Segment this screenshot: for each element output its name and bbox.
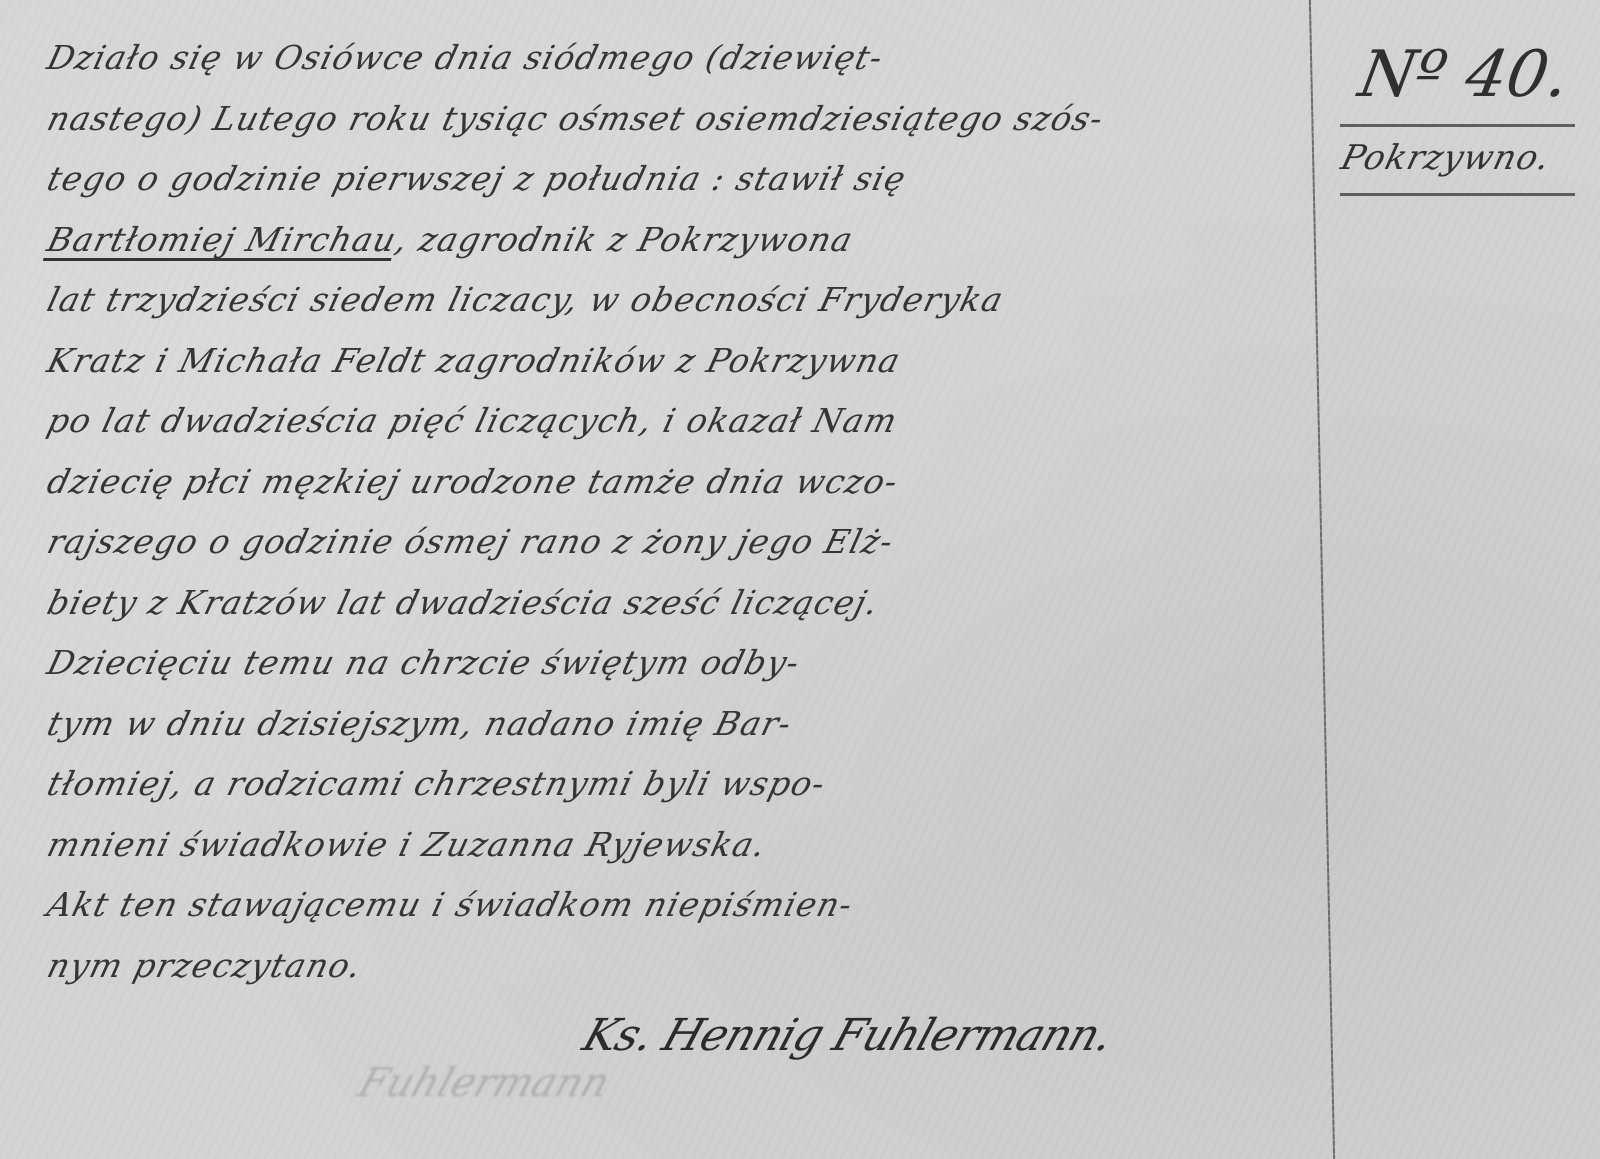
document-page: Działo się w Osiówce dnia siódmego (dzie… [0,0,1600,1159]
record-line: tego o godzinie pierwszej z południa : s… [40,149,1335,210]
record-line: nastego) Lutego roku tysiąc ośmset osiem… [40,89,1335,150]
record-line: rajszego o godzinie ósmej rano z żony je… [40,512,1335,573]
record-line: Dziecięciu temu na chrzcie świętym odby- [40,633,1335,694]
record-body: Działo się w Osiówce dnia siódmego (dzie… [48,28,1328,996]
record-line: po lat dwadzieścia pięć liczących, i oka… [40,391,1335,452]
record-line-rest: , zagrodnik z Pokrzywona [391,220,857,259]
village-underline [1340,193,1575,196]
record-line: tym w dniu dzisiejszym, nadano imię Bar- [40,694,1335,755]
record-line: lat trzydzieści siedem liczacy, w obecno… [40,270,1335,331]
priest-signature: Ks. Hennig Fuhlermann. [577,1010,1119,1061]
record-line: biety z Kratzów lat dwadzieścia sześć li… [40,573,1335,634]
record-line: Kratz i Michała Feldt zagrodników z Pokr… [40,331,1335,392]
record-line: Akt ten stawającemu i świadkom niepiśmie… [40,875,1335,936]
record-line: mnieni świadkowie i Zuzanna Ryjewska. [40,815,1335,876]
village-name: Pokrzywno. [1332,127,1587,189]
faint-signature-offset: Fuhlermann [353,1060,616,1106]
record-line: Działo się w Osiówce dnia siódmego (dzie… [40,28,1335,89]
record-line-father-name: Bartłomiej Mirchau, zagrodnik z Pokrzywo… [40,210,1335,271]
act-number: Nº 40. [1332,30,1588,120]
father-name: Bartłomiej Mirchau [43,220,401,259]
record-line: tłomiej, a rodzicami chrzestnymi byli ws… [40,754,1335,815]
record-line: nym przeczytano. [40,936,1335,997]
margin-column: Nº 40. Pokrzywno. [1340,30,1580,196]
record-line: dziecię płci męzkiej urodzone tamże dnia… [40,452,1335,513]
